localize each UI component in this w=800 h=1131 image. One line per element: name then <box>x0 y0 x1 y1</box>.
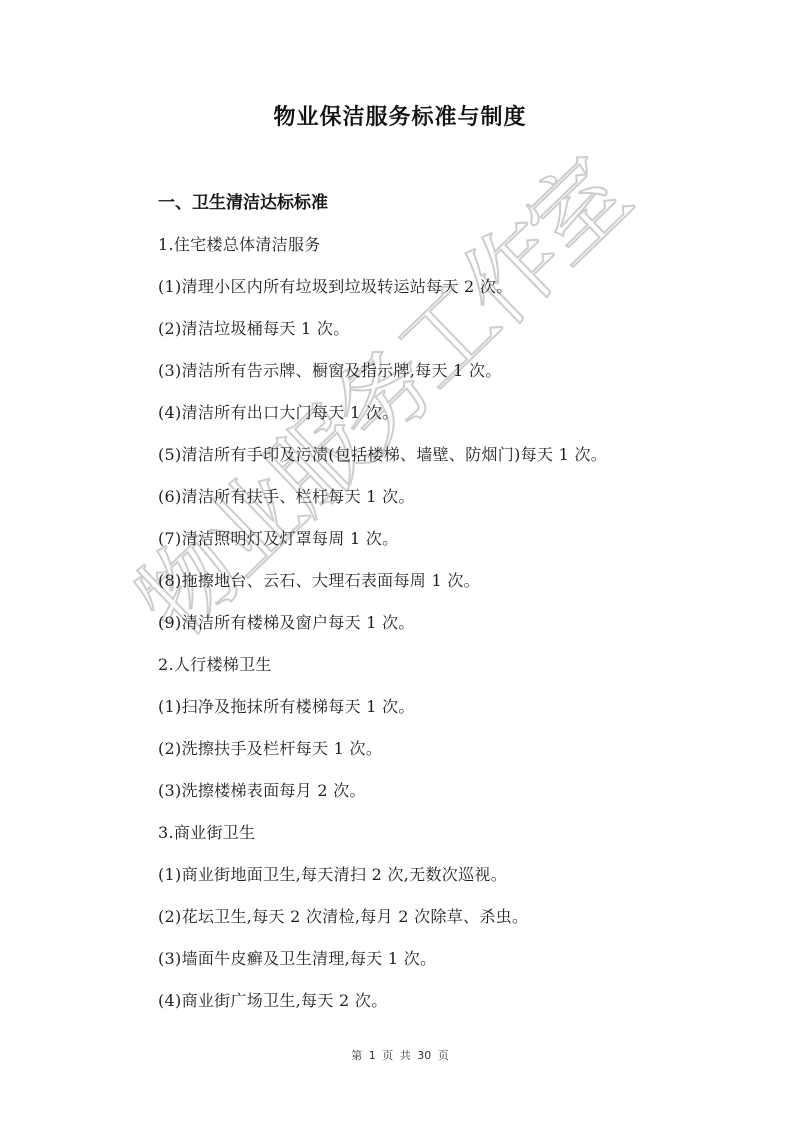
list-item: (1)清理小区内所有垃圾到垃圾转运站每天 2 次。 <box>158 274 513 297</box>
subheading-residential: 1.住宅楼总体清洁服务 <box>158 232 321 255</box>
list-item: (7)清洁照明灯及灯罩每周 1 次。 <box>158 526 398 549</box>
list-item: (3)洗擦楼梯表面每月 2 次。 <box>158 778 366 801</box>
list-item: (5)清洁所有手印及污渍(包括楼梯、墙壁、防烟门)每天 1 次。 <box>158 442 607 465</box>
section-heading: 一、卫生清洁达标标准 <box>158 188 328 213</box>
page-number: 第 1 页 共 30 页 <box>0 1047 800 1063</box>
list-item: (9)清洁所有楼梯及窗户每天 1 次。 <box>158 610 415 633</box>
document-page: 物业服务工作室 物业保洁服务标准与制度 一、卫生清洁达标标准 1.住宅楼总体清洁… <box>0 0 800 1131</box>
list-item: (6)清洁所有扶手、栏杆每天 1 次。 <box>158 484 415 507</box>
list-item: (3)清洁所有告示牌、橱窗及指示牌,每天 1 次。 <box>158 358 502 381</box>
list-item: (2)清洁垃圾桶每天 1 次。 <box>158 316 350 339</box>
subheading-stairs: 2.人行楼梯卫生 <box>158 652 272 675</box>
list-item: (4)商业街广场卫生,每天 2 次。 <box>158 988 388 1011</box>
subheading-commercial-street: 3.商业街卫生 <box>158 820 255 843</box>
list-item: (2)花坛卫生,每天 2 次清检,每月 2 次除草、杀虫。 <box>158 904 528 927</box>
list-item: (1)扫净及拖抹所有楼梯每天 1 次。 <box>158 694 415 717</box>
list-item: (4)清洁所有出口大门每天 1 次。 <box>158 400 398 423</box>
list-item: (2)洗擦扶手及栏杆每天 1 次。 <box>158 736 382 759</box>
list-item: (1)商业街地面卫生,每天清扫 2 次,无数次巡视。 <box>158 862 507 885</box>
document-title: 物业保洁服务标准与制度 <box>0 100 800 131</box>
list-item: (3)墙面牛皮癣及卫生清理,每天 1 次。 <box>158 946 436 969</box>
list-item: (8)拖擦地台、云石、大理石表面每周 1 次。 <box>158 568 480 591</box>
